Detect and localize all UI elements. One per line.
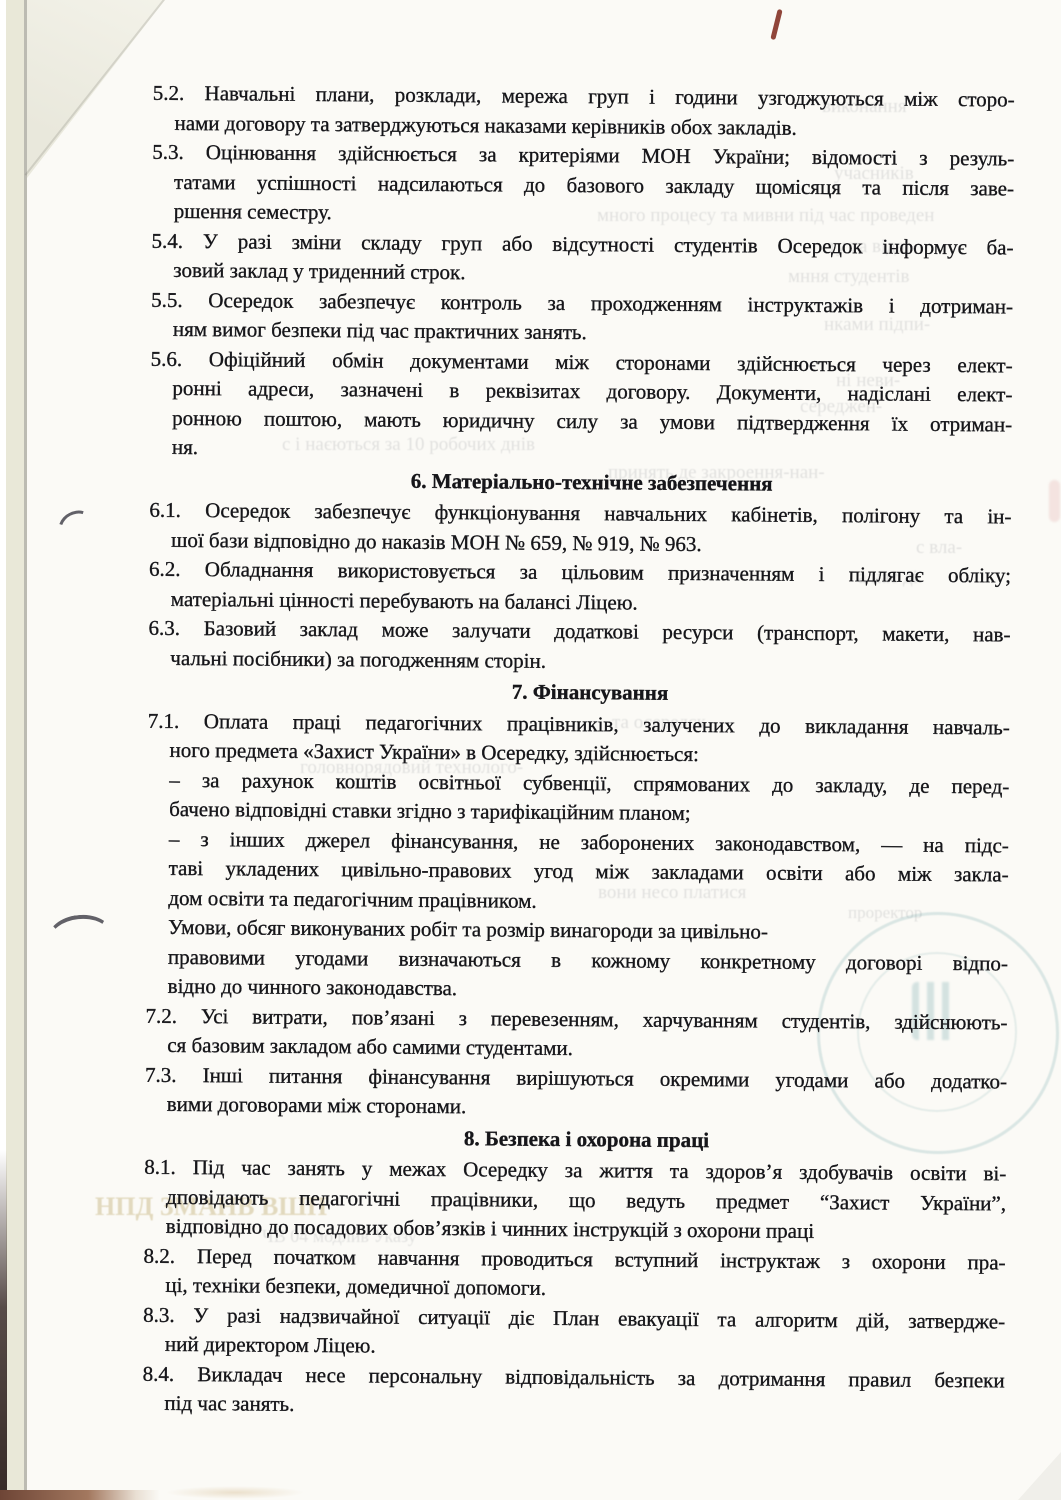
document-text-block: 5.2. Навчальні плани, розклади, мережа г… [164,79,1014,1425]
section-heading: 7. Фінансування [170,675,1010,711]
scanned-document-page: { "document": { "language": "uk", "block… [0,0,1061,1500]
document-rotation-wrapper: 5.2. Навчальні плани, розклади, мережа г… [0,0,1061,1500]
section-heading: 8. Безпека і охорона праці [166,1121,1006,1157]
section-heading: 6. Матеріально-технічне забезпечення [172,464,1012,500]
